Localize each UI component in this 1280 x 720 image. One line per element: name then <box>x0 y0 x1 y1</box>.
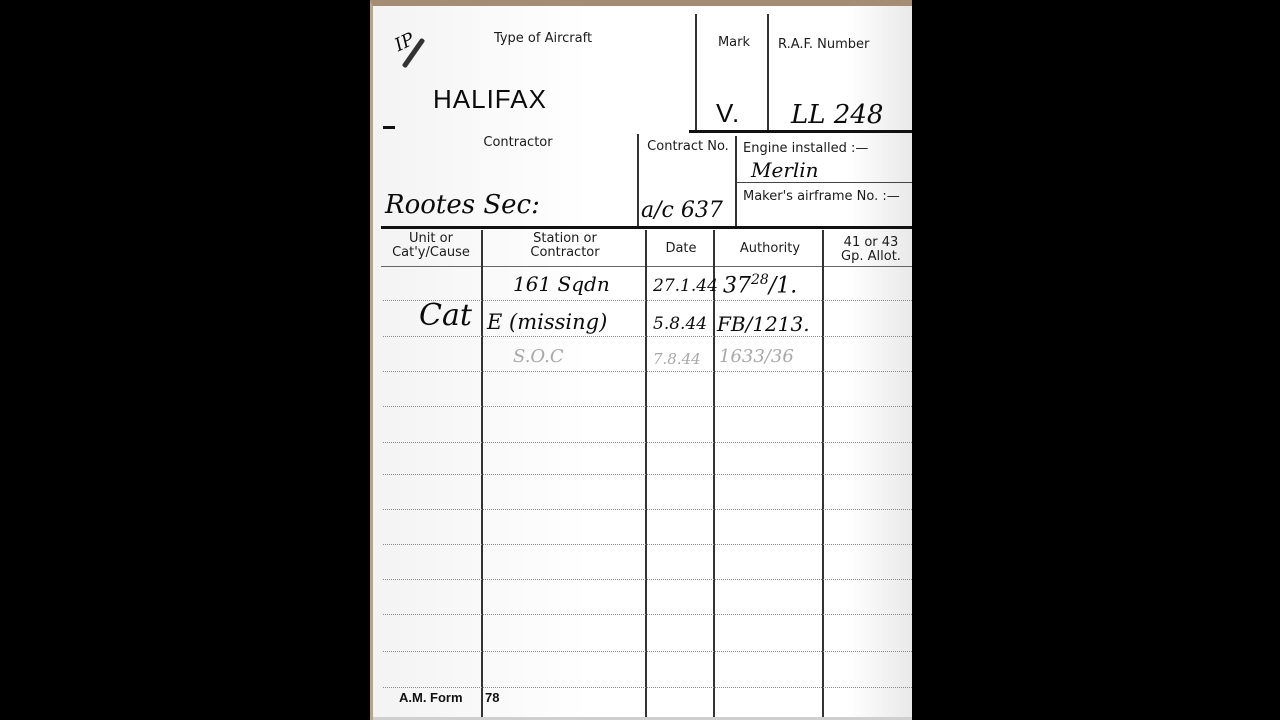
aircraft-record-card: IP Type of Aircraft HALIFAX Mark V. R.A.… <box>370 0 912 720</box>
row1-authority-sup: 28 <box>751 272 769 288</box>
divider <box>767 14 769 132</box>
column-divider <box>713 230 715 720</box>
contractor-label: Contractor <box>453 136 583 150</box>
makers-airframe-label: Maker's airframe No. :— <box>743 190 912 204</box>
divider <box>383 126 395 129</box>
col-unit-header-line2: Cat'y/Cause <box>379 246 483 260</box>
header-underline <box>381 266 912 267</box>
mark-label: Mark <box>703 36 765 50</box>
raf-number-label: R.A.F. Number <box>778 38 912 52</box>
col-allot-header-line2: Gp. Allot. <box>825 250 912 264</box>
contractor-value: Rootes Sec: <box>385 190 540 220</box>
column-divider <box>481 230 483 720</box>
row-rule <box>383 614 912 615</box>
row2-authority: FB/1213. <box>717 312 810 336</box>
col-station-header: Station or Contractor <box>483 232 647 260</box>
contract-no-value: a/c 637 <box>641 198 723 223</box>
col-allot-header-line1: 41 or 43 <box>825 236 912 250</box>
row-rule <box>383 544 912 545</box>
row1-station: 161 Sqdn <box>513 272 610 296</box>
column-divider <box>822 230 824 720</box>
raf-number-value: LL 248 <box>791 100 883 130</box>
type-of-aircraft-label: Type of Aircraft <box>473 32 613 46</box>
row-rule <box>383 371 912 372</box>
row3-station: S.O.C <box>513 346 564 367</box>
col-authority-header: Authority <box>715 242 825 256</box>
row-rule <box>383 651 912 652</box>
col-station-header-line1: Station or <box>483 232 647 246</box>
row-rule <box>383 442 912 443</box>
row-rule <box>383 336 912 337</box>
col-date-header: Date <box>647 242 715 256</box>
row3-date: 7.8.44 <box>653 350 701 368</box>
contract-no-label: Contract No. <box>639 140 737 154</box>
form-id-label: A.M. Form <box>399 690 463 705</box>
row1-authority-base: 37 <box>723 273 751 298</box>
row-rule <box>383 579 912 580</box>
row3-authority: 1633/36 <box>719 346 794 367</box>
row2-unit: Cat <box>419 298 472 333</box>
engine-installed-value: Merlin <box>751 158 819 182</box>
row-rule <box>383 687 912 688</box>
row1-authority: 3728/1. <box>723 272 797 298</box>
row2-date: 5.8.44 <box>653 314 707 334</box>
divider <box>737 182 912 183</box>
row-rule <box>383 474 912 475</box>
col-unit-header-line1: Unit or <box>379 232 483 246</box>
divider <box>695 14 697 132</box>
mark-value: V. <box>716 98 740 129</box>
col-unit-header: Unit or Cat'y/Cause <box>379 232 483 260</box>
type-of-aircraft-value: HALIFAX <box>433 84 547 115</box>
divider <box>689 130 912 133</box>
row-rule <box>383 406 912 407</box>
col-station-header-line2: Contractor <box>483 246 647 260</box>
row-rule <box>383 509 912 510</box>
row1-date-value: 27.1.44 <box>653 276 718 296</box>
row1-authority-tail: /1. <box>769 273 797 298</box>
form-number: 78 <box>485 690 499 705</box>
column-divider <box>645 230 647 720</box>
engine-installed-label: Engine installed :— <box>743 142 912 156</box>
divider <box>381 226 912 229</box>
row2-station: E (missing) <box>487 310 607 334</box>
col-allot-header: 41 or 43 Gp. Allot. <box>825 236 912 264</box>
